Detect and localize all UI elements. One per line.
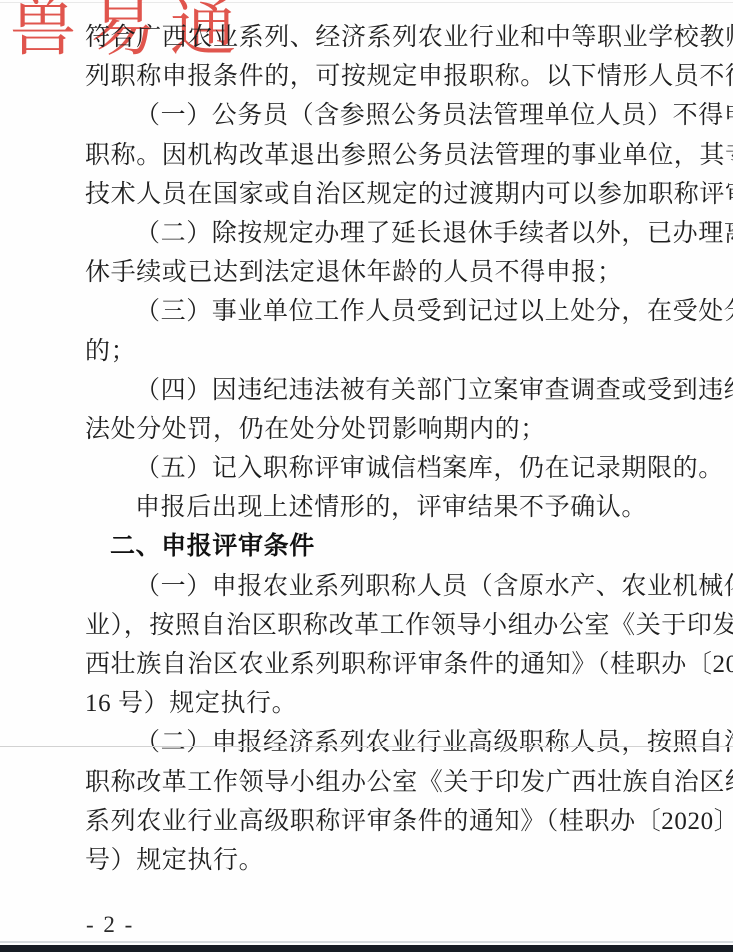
text-line: （五）记入职称评审诚信档案库，仍在记录期限的。 [85, 449, 697, 488]
scan-artifact-horizontal-line [0, 746, 733, 747]
text-line: 休手续或已达到法定退休年龄的人员不得申报； [85, 253, 697, 292]
page-number: - 2 - [86, 912, 134, 938]
text-line: 职称改革工作领导小组办公室《关于印发广西壮族自治区经济 [85, 763, 697, 802]
document-page: 兽易通 符合广西农业系列、经济系列农业行业和中等职业学校教师系列职称申报条件的，… [0, 0, 733, 952]
section-heading: 二、申报评审条件 [85, 527, 697, 566]
text-line: 符合广西农业系列、经济系列农业行业和中等职业学校教师系 [85, 18, 697, 57]
text-line: 列职称申报条件的，可按规定申报职称。以下情形人员不得申报： [85, 57, 697, 96]
text-line: （二）申报经济系列农业行业高级职称人员，按照自治区 [85, 723, 697, 762]
text-line: 技术人员在国家或自治区规定的过渡期内可以参加职称评审； [85, 175, 697, 214]
text-line: 职称。因机构改革退出参照公务员法管理的事业单位，其专业 [85, 136, 697, 175]
text-line: 号）规定执行。 [85, 841, 697, 880]
text-line: 西壮族自治区农业系列职称评审条件的通知》（桂职办〔2020〕 [85, 645, 697, 684]
text-line: （二）除按规定办理了延长退休手续者以外，已办理离退 [85, 214, 697, 253]
text-line: 申报后出现上述情形的，评审结果不予确认。 [85, 488, 697, 527]
scanner-edge-dark-bar [0, 945, 733, 952]
text-line: （四）因违纪违法被有关部门立案审查调查或受到违纪违 [85, 371, 697, 410]
text-line: 业），按照自治区职称改革工作领导小组办公室《关于印发广 [85, 606, 697, 645]
text-line: （一）公务员（含参照公务员法管理单位人员）不得申报 [85, 96, 697, 135]
text-line: 的； [85, 332, 697, 371]
text-line: 16 号）规定执行。 [85, 684, 697, 723]
text-line: （一）申报农业系列职称人员（含原水产、农业机械化专 [85, 567, 697, 606]
text-line: 系列农业行业高级职称评审条件的通知》（桂职办〔2020〕41 [85, 802, 697, 841]
document-body: 符合广西农业系列、经济系列农业行业和中等职业学校教师系列职称申报条件的，可按规定… [85, 18, 697, 880]
text-line: 法处分处罚，仍在处分处罚影响期内的； [85, 410, 697, 449]
text-line: （三）事业单位工作人员受到记过以上处分，在受处分期间 [85, 292, 697, 331]
scanner-edge-light-line [0, 941, 733, 943]
